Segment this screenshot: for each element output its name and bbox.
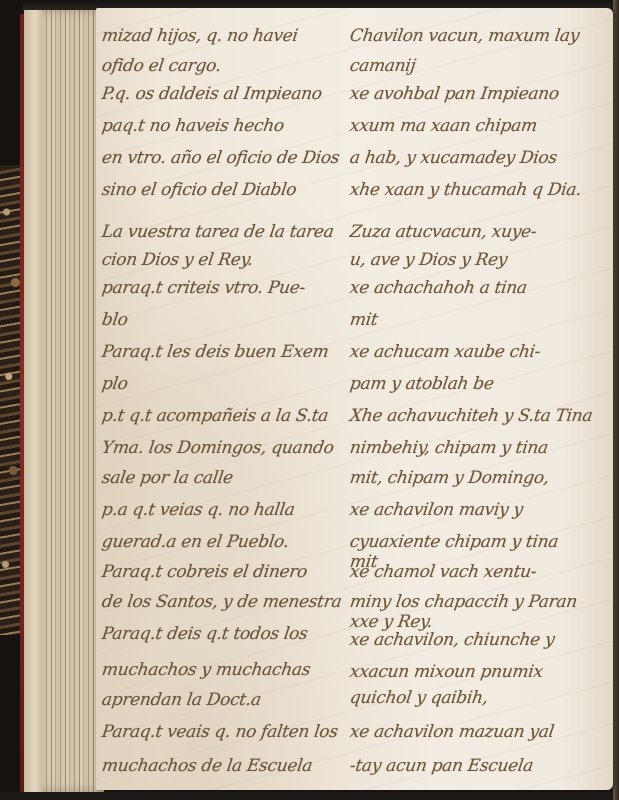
handwritten-line: Paraq.t deis q.t todos los (101, 624, 309, 644)
handwritten-line: paraq.t criteis vtro. Pue- (101, 278, 307, 298)
handwritten-line: xhe xaan y thucamah q Dia. (349, 180, 583, 200)
handwritten-line: Xhe achavuchiteh y S.ta Tina (349, 406, 594, 426)
manuscript-scan: mizad hijos, q. no haveiofido el cargo.P… (0, 0, 619, 800)
handwritten-line: blo (101, 310, 129, 330)
handwritten-line: Paraq.t veais q. no falten los (101, 722, 340, 742)
handwritten-line: Yma. los Domingos, quando (101, 438, 335, 458)
handwritten-line: Paraq.t cobreis el dinero (101, 562, 309, 582)
handwritten-line: sale por la calle (101, 468, 235, 488)
handwritten-line: plo (101, 374, 129, 394)
page-stack-edges (24, 10, 104, 792)
handwritten-line: Zuza atucvacun, xuye- (349, 222, 538, 242)
handwritten-line: Chavilon vacun, maxum lay (349, 26, 581, 46)
handwritten-line: xxacun mixoun pnumix (349, 662, 545, 682)
handwritten-line: nimbehiy, chipam y tina (349, 438, 550, 458)
handwritten-line: miny los chapaccih y Paran (349, 592, 579, 612)
handwritten-line: muchachos de la Escuela (101, 756, 314, 776)
handwritten-line: xxum ma xaan chipam (349, 116, 539, 136)
handwritten-line: xe avohbal pan Impieano (349, 84, 561, 104)
handwritten-line: u, ave y Dios y Rey (349, 250, 509, 270)
handwritten-line: p.t q.t acompañeis a la S.ta (101, 406, 330, 426)
handwritten-line: muchachos y muchachas (101, 660, 312, 680)
handwritten-line: cyuaxiente chipam y tina (349, 532, 560, 552)
handwritten-line: a hab, y xucamadey Dios (349, 148, 559, 168)
handwritten-line: paq.t no haveis hecho (101, 116, 286, 136)
marbled-endpaper (0, 165, 22, 635)
handwritten-line: xe achavilon, chiunche y (349, 630, 556, 650)
handwritten-line: xe achavilon mazuan yal (349, 722, 556, 742)
handwritten-line: en vtro. año el oficio de Dios (101, 148, 341, 168)
handwritten-line: quichol y qaibih, (349, 688, 490, 708)
handwritten-line: P.q. os daldeis al Impieano (101, 84, 324, 104)
handwritten-line: mit, chipam y Domingo, (349, 468, 551, 488)
handwritten-line: aprendan la Doct.a (101, 690, 263, 710)
handwritten-line: ofido el cargo. (101, 56, 223, 76)
handwritten-line: mit (349, 310, 379, 330)
handwritten-line: xxe y Rey. (349, 612, 434, 632)
handwritten-line: La vuestra tarea de la tarea (101, 222, 335, 242)
book-cover-bottom (0, 792, 619, 800)
book-cover-right (613, 0, 619, 800)
handwritten-line: pam y atoblah be (349, 374, 496, 394)
handwritten-line: guerad.a en el Pueblo. (101, 532, 291, 552)
handwritten-line: Paraq.t les deis buen Exem (101, 342, 330, 362)
handwritten-line: sino el oficio del Diablo (101, 180, 298, 200)
handwritten-line: cion Dios y el Rey. (101, 250, 255, 270)
handwritten-line: camanij (349, 56, 417, 76)
handwritten-line: mizad hijos, q. no havei (101, 26, 299, 46)
manuscript-page: mizad hijos, q. no haveiofido el cargo.P… (96, 8, 613, 790)
handwritten-line: p.a q.t veias q. no halla (101, 500, 296, 520)
handwritten-line: xe achachahoh a tina (349, 278, 529, 298)
handwritten-line: de los Santos, y de menestra (101, 592, 343, 612)
handwritten-line: xe chamol vach xentu- (349, 562, 538, 582)
handwritten-line: xe achucam xaube chi- (349, 342, 542, 362)
handwritten-line: xe achavilon maviy y (349, 500, 525, 520)
handwritten-line: -tay acun pan Escuela (349, 756, 535, 776)
